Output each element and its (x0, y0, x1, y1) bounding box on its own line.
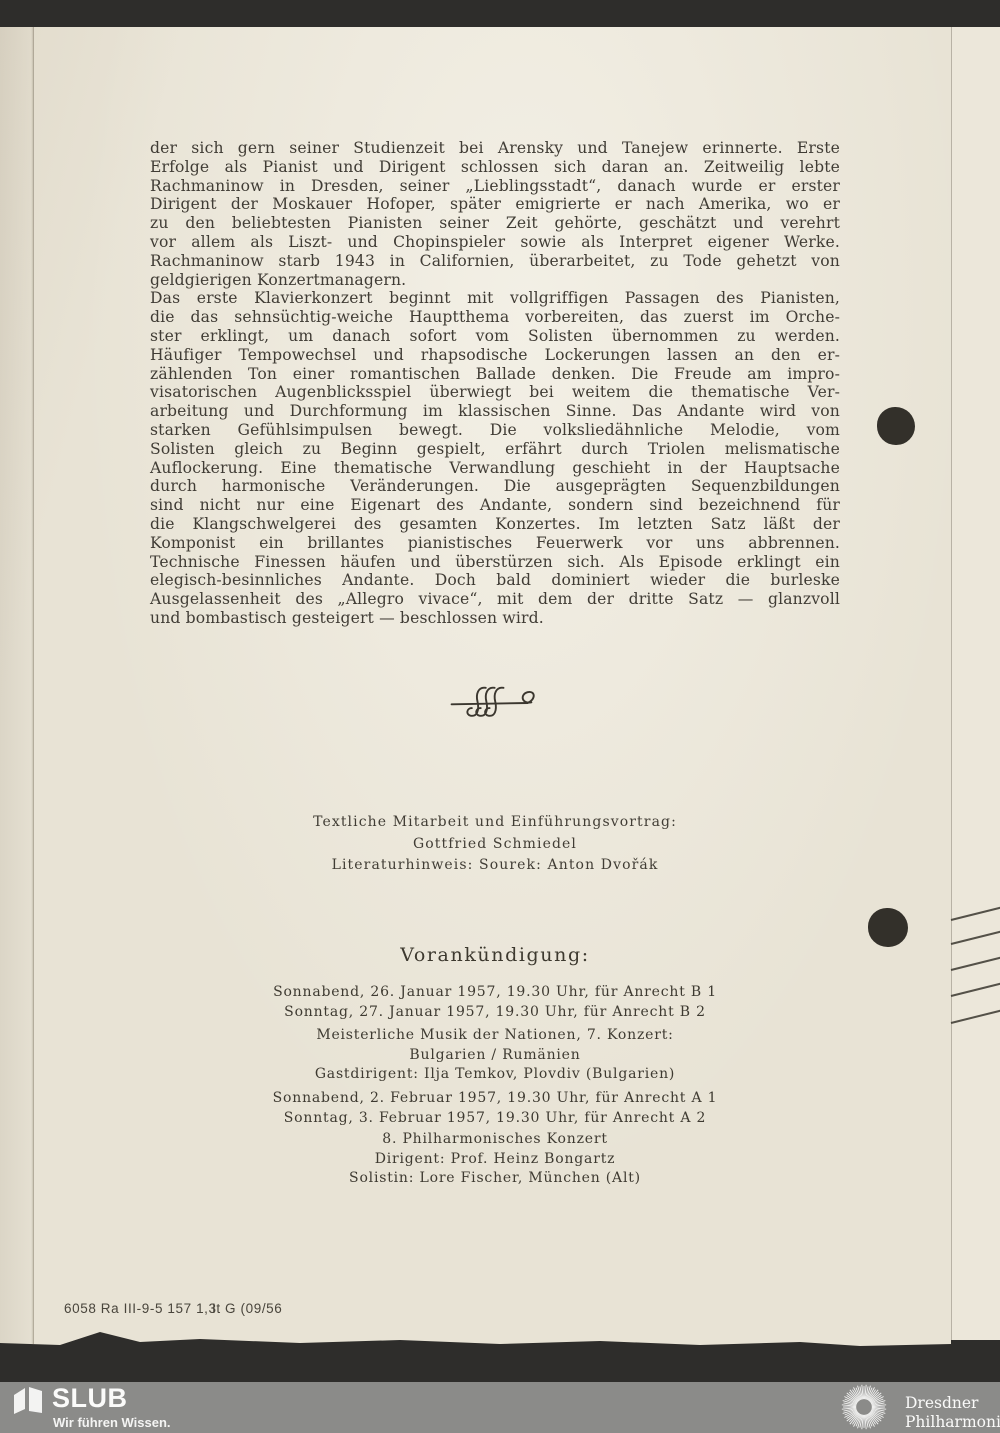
ink-mark (951, 956, 1000, 971)
text-line: Technische Finessen häufen und überstürz… (150, 553, 840, 572)
credit-line: Textliche Mitarbeit und Einführungsvortr… (150, 812, 840, 834)
text-line: durch harmonische Veränderungen. Die aus… (150, 477, 840, 496)
announcement-concert-7: Meisterliche Musik der Nationen, 7. Konz… (150, 1026, 840, 1085)
philharmonie-logo-icon (841, 1384, 887, 1433)
announcement-line: Dirigent: Prof. Heinz Bongartz (150, 1150, 840, 1170)
text-line: vor allem als Liszt- und Chopinspieler s… (150, 233, 840, 252)
announcement-concert-8: 8. Philharmonisches KonzertDirigent: Pro… (150, 1130, 840, 1189)
text-line: Häufiger Tempowechsel und rhapsodische L… (150, 346, 840, 365)
text-line: arbeitung und Durchformung im klassische… (150, 402, 840, 421)
scan-viewer: der sich gern seiner Studienzeit bei Are… (0, 0, 1000, 1433)
text-line: sind nicht nur eine Eigenart des Andante… (150, 496, 840, 515)
text-line: zu den beliebtesten Pianisten seiner Zei… (150, 214, 840, 233)
announcement-line: Meisterliche Musik der Nationen, 7. Konz… (150, 1026, 840, 1046)
announcement-line: Sonntag, 27. Januar 1957, 19.30 Uhr, für… (150, 1003, 840, 1023)
punch-hole (877, 407, 915, 445)
slub-tagline: Wir führen Wissen. (53, 1415, 171, 1430)
announcement-dates-february: Sonnabend, 2. Februar 1957, 19.30 Uhr, f… (150, 1089, 840, 1128)
text-line: und bombastisch gesteigert — beschlossen… (150, 609, 840, 628)
announcement-line: 8. Philharmonisches Konzert (150, 1130, 840, 1150)
slub-book-icon (13, 1386, 43, 1419)
credit-line: Gottfried Schmiedel (150, 834, 840, 856)
philharmonie-name-line1: Dresdner (905, 1394, 1000, 1413)
announcement-line: Sonntag, 3. Februar 1957, 19.30 Uhr, für… (150, 1109, 840, 1129)
text-line: visatorischen Augenblicksspiel überwiegt… (150, 383, 840, 402)
announcement-line: Solistin: Lore Fischer, München (Alt) (150, 1169, 840, 1189)
ink-mark (951, 930, 1000, 945)
punch-hole (868, 908, 908, 947)
philharmonie-name: Dresdner Philharmonie (905, 1394, 1000, 1432)
text-line: Auflockerung. Eine thematische Verwandlu… (150, 459, 840, 478)
underlying-page-edge (951, 27, 1000, 1340)
ink-mark (951, 906, 1000, 921)
text-line: Ausgelassenheit des „Allegro vivace“, mi… (150, 590, 840, 609)
announcement-line: Gastdirigent: Ilja Temkov, Plovdiv (Bulg… (150, 1065, 840, 1085)
announcement-heading: Vorankündigung: (150, 944, 840, 966)
text-line: Rachmaninow starb 1943 in Californien, ü… (150, 252, 840, 271)
paragraph-rachmaninow-bio: der sich gern seiner Studienzeit bei Are… (150, 139, 840, 289)
ink-mark (951, 1009, 1000, 1024)
print-permit-code: It G (09/56 (212, 1301, 282, 1316)
viewer-footer-bar: SLUB Wir führen Wissen. Dresdner Philhar… (0, 1382, 1000, 1433)
fff-ornament-icon (446, 684, 542, 726)
text-line: Rachmaninow in Dresden, seiner „Liebling… (150, 177, 840, 196)
text-line: Komponist ein brillantes pianistisches F… (150, 534, 840, 553)
text-line: starken Gefühlsimpulsen bewegt. Die volk… (150, 421, 840, 440)
text-line: elegisch-besinnliches Andante. Doch bald… (150, 571, 840, 590)
text-line: der sich gern seiner Studienzeit bei Are… (150, 139, 840, 158)
credits-block: Textliche Mitarbeit und Einführungsvortr… (150, 812, 840, 877)
announcement-line: Bulgarien / Rumänien (150, 1046, 840, 1066)
text-line: zählenden Ton einer romantischen Ballade… (150, 365, 840, 384)
ink-mark (951, 982, 1000, 997)
text-line: geldgierigen Konzertmanagern. (150, 271, 840, 290)
shelfmark: 6058 Ra III-9-5 157 1,3 (64, 1301, 217, 1316)
body-text: der sich gern seiner Studienzeit bei Are… (150, 139, 840, 628)
text-line: Solisten gleich zu Beginn gespielt, erfä… (150, 440, 840, 459)
credit-line: Literaturhinweis: Sourek: Anton Dvořák (150, 855, 840, 877)
text-line: die Klangschwelgerei des gesamten Konzer… (150, 515, 840, 534)
text-line: Dirigent der Moskauer Hofoper, später em… (150, 195, 840, 214)
page-crease-line (33, 27, 34, 1348)
text-line: Erfolge als Pianist und Dirigent schloss… (150, 158, 840, 177)
page-fold-shade (0, 27, 33, 1348)
philharmonie-name-line2: Philharmonie (905, 1413, 1000, 1432)
announcement-dates-january: Sonnabend, 26. Januar 1957, 19.30 Uhr, f… (150, 983, 840, 1022)
paragraph-klavierkonzert: Das erste Klavierkonzert beginnt mit vol… (150, 289, 840, 627)
slub-logo-text: SLUB (52, 1383, 128, 1414)
announcement-line: Sonnabend, 26. Januar 1957, 19.30 Uhr, f… (150, 983, 840, 1003)
announcement-line: Sonnabend, 2. Februar 1957, 19.30 Uhr, f… (150, 1089, 840, 1109)
text-line: Das erste Klavierkonzert beginnt mit vol… (150, 289, 840, 308)
text-line: die das sehnsüchtig-weiche Hauptthema vo… (150, 308, 840, 327)
text-line: ster erklingt, um danach sofort vom Soli… (150, 327, 840, 346)
